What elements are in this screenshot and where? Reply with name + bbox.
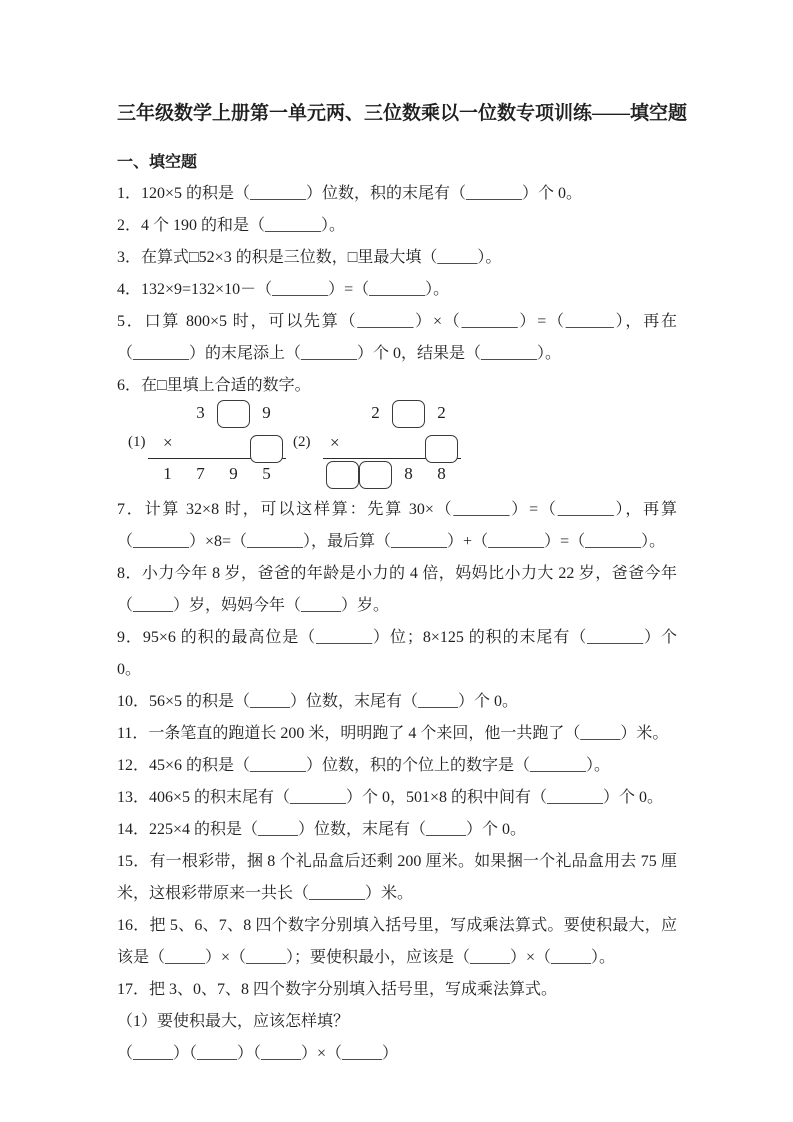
product-digit: 8 — [425, 459, 458, 489]
multiplier-row: × — [151, 428, 283, 458]
problem-2-label: (2) — [293, 434, 311, 451]
question-7: 7．计算 32×8 时，可以这样算：先算 30×（_______）=（_____… — [117, 494, 677, 558]
question-8: 8．小力今年 8 岁，爸爸的年龄是小力的 4 倍，妈妈比小力大 22 岁，爸爸今… — [117, 558, 677, 622]
product-digit: 9 — [217, 459, 250, 489]
document-content: 三年级数学上册第一单元两、三位数乘以一位数专项训练——填空题 一、填空题 1．1… — [117, 100, 677, 1070]
blank-box-cell — [359, 459, 392, 489]
problem-1-grid: 3 9 × 1 7 9 5 — [151, 398, 283, 489]
problem-1-label: (1) — [128, 434, 146, 451]
multiplier-blank-box — [425, 435, 458, 463]
blank-box-cell — [326, 459, 359, 489]
multiply-sign: × — [330, 428, 340, 458]
product-blank-box — [326, 461, 359, 489]
blank-box — [217, 400, 250, 428]
multiplicand-row: 2 2 — [326, 398, 458, 428]
question-13: 13．406×5 的积末尾有（_______）个 0，501×8 的积中间有（_… — [117, 782, 677, 814]
multiplier-row: × — [326, 428, 458, 458]
product-row: 1 7 9 5 — [151, 459, 283, 489]
worksheet-page: 三年级数学上册第一单元两、三位数乘以一位数专项训练——填空题 一、填空题 1．1… — [0, 0, 793, 1122]
blank-box-cell — [392, 398, 425, 428]
question-9: 9．95×6 的积的最高位是（_______）位；8×125 的积的末尾有（__… — [117, 622, 677, 686]
problem-2-grid: 2 2 × 8 8 — [326, 398, 458, 489]
product-row: 8 8 — [326, 459, 458, 489]
mult-problem-2: (2) 2 2 × 8 — [293, 398, 458, 489]
product-digit: 7 — [184, 459, 217, 489]
question-12: 12．45×6 的积是（_______）位数，积的个位上的数字是（_______… — [117, 750, 677, 782]
multiply-sign: × — [163, 428, 173, 458]
multiplication-diagrams: (1) 3 9 × 1 7 — [117, 396, 677, 494]
question-10: 10．56×5 的积是（_____）位数，末尾有（_____）个 0。 — [117, 686, 677, 718]
multiplier-blank-box — [250, 435, 283, 463]
question-4: 4．132×9=132×10－（_______）=（_______）。 — [117, 274, 677, 306]
product-digit: 5 — [250, 459, 283, 489]
product-blank-box — [359, 461, 392, 489]
blank-box-cell — [250, 428, 283, 458]
blank-box-cell — [425, 428, 458, 458]
question-15: 15．有一根彩带，捆 8 个礼品盒后还剩 200 厘米。如果捆一个礼品盒用去 7… — [117, 846, 677, 910]
question-14: 14．225×4 的积是（_____）位数，末尾有（_____）个 0。 — [117, 814, 677, 846]
section-heading: 一、填空题 — [117, 150, 677, 176]
mult-problem-1: (1) 3 9 × 1 7 — [128, 398, 283, 489]
blank-box-cell — [217, 398, 250, 428]
multiplicand-digit: 9 — [250, 398, 283, 428]
question-17: 17．把 3、0、7、8 四个数字分别填入括号里，写成乘法算式。 — [117, 974, 677, 1006]
question-3: 3．在算式□52×3 的积是三位数，□里最大填（_____）。 — [117, 242, 677, 274]
product-digit: 8 — [392, 459, 425, 489]
question-1: 1．120×5 的积是（_______）位数，积的末尾有（_______）个 0… — [117, 178, 677, 210]
multiplicand-row: 3 9 — [151, 398, 283, 428]
question-5: 5．口算 800×5 时，可以先算（_______）×（_______）=（__… — [117, 306, 677, 370]
multiplicand-digit: 2 — [359, 398, 392, 428]
blank-box — [392, 400, 425, 428]
product-digit: 1 — [151, 459, 184, 489]
page-title: 三年级数学上册第一单元两、三位数乘以一位数专项训练——填空题 — [117, 100, 677, 128]
multiplicand-digit: 3 — [184, 398, 217, 428]
question-17-blanks: （_____）（_____）（_____）×（_____） — [117, 1038, 677, 1070]
question-16: 16．把 5、6、7、8 四个数字分别填入括号里，写成乘法算式。要使积最大，应该… — [117, 910, 677, 974]
question-11: 11．一条笔直的跑道长 200 米，明明跑了 4 个来回，他一共跑了（_____… — [117, 718, 677, 750]
question-2: 2．4 个 190 的和是（_______）。 — [117, 210, 677, 242]
multiplicand-digit: 2 — [425, 398, 458, 428]
question-17-sub-1: （1）要使积最大，应该怎样填？ — [117, 1006, 677, 1038]
